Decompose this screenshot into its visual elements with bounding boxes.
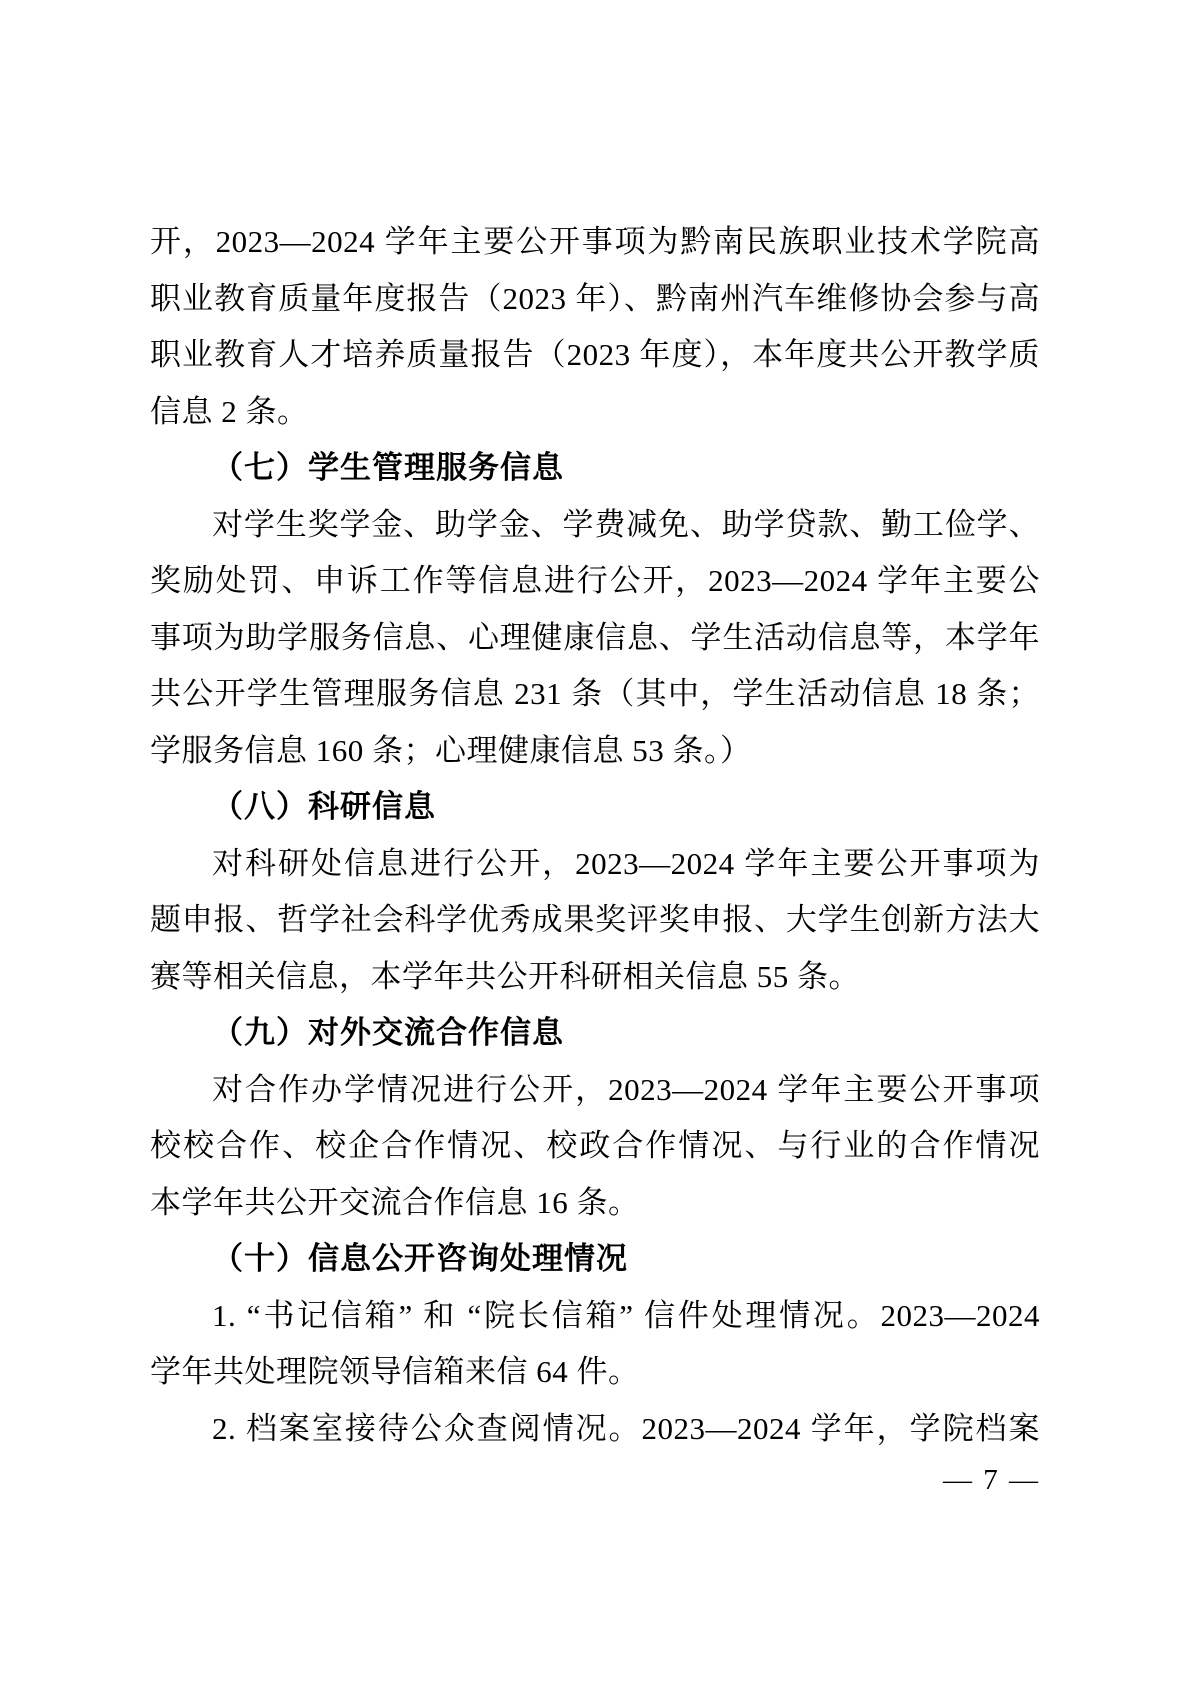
text-line: 对合作办学情况进行公开，2023—2024 学年主要公开事项为	[150, 1062, 1040, 1119]
text-line: 共公开学生管理服务信息 231 条（其中，学生活动信息 18 条；助	[150, 666, 1040, 723]
text-line: 2. 档案室接待公众查阅情况。2023—2024 学年，学院档案室	[150, 1401, 1040, 1458]
text-line: 信息 2 条。	[150, 384, 1040, 441]
text-line: 题申报、哲学社会科学优秀成果奖评奖申报、大学生创新方法大	[150, 892, 1040, 949]
text-line: 开，2023—2024 学年主要公开事项为黔南民族职业技术学院高等	[150, 214, 1040, 271]
document-page: 开，2023—2024 学年主要公开事项为黔南民族职业技术学院高等职业教育质量年…	[0, 0, 1191, 1684]
text-line: 事项为助学服务信息、心理健康信息、学生活动信息等，本学年	[150, 610, 1040, 667]
section-heading: （九）对外交流合作信息	[150, 1005, 1040, 1062]
section-heading: （十）信息公开咨询处理情况	[150, 1231, 1040, 1288]
page-number: — 7 —	[943, 1460, 1040, 1500]
text-line: 职业教育质量年度报告（2023 年）、黔南州汽车维修协会参与高等	[150, 271, 1040, 328]
text-line: 奖励处罚、申诉工作等信息进行公开，2023—2024 学年主要公开	[150, 553, 1040, 610]
text-line: 对科研处信息进行公开，2023—2024 学年主要公开事项为课	[150, 836, 1040, 893]
section-heading: （七）学生管理服务信息	[150, 440, 1040, 497]
section-heading: （八）科研信息	[150, 779, 1040, 836]
text-line: 学服务信息 160 条；心理健康信息 53 条。）	[150, 723, 1040, 780]
text-line: 学年共处理院领导信箱来信 64 件。	[150, 1344, 1040, 1401]
text-line: 职业教育人才培养质量报告（2023 年度），本年度共公开教学质量	[150, 327, 1040, 384]
text-line: 校校合作、校企合作情况、校政合作情况、与行业的合作情况等，	[150, 1118, 1040, 1175]
text-line: 本学年共公开交流合作信息 16 条。	[150, 1175, 1040, 1232]
document-body: 开，2023—2024 学年主要公开事项为黔南民族职业技术学院高等职业教育质量年…	[150, 214, 1040, 1457]
text-line: 赛等相关信息，本学年共公开科研相关信息 55 条。	[150, 949, 1040, 1006]
text-line: 1. “书记信箱” 和 “院长信箱” 信件处理情况。2023—2024	[150, 1288, 1040, 1345]
text-line: 对学生奖学金、助学金、学费减免、助学贷款、勤工俭学、	[150, 497, 1040, 554]
